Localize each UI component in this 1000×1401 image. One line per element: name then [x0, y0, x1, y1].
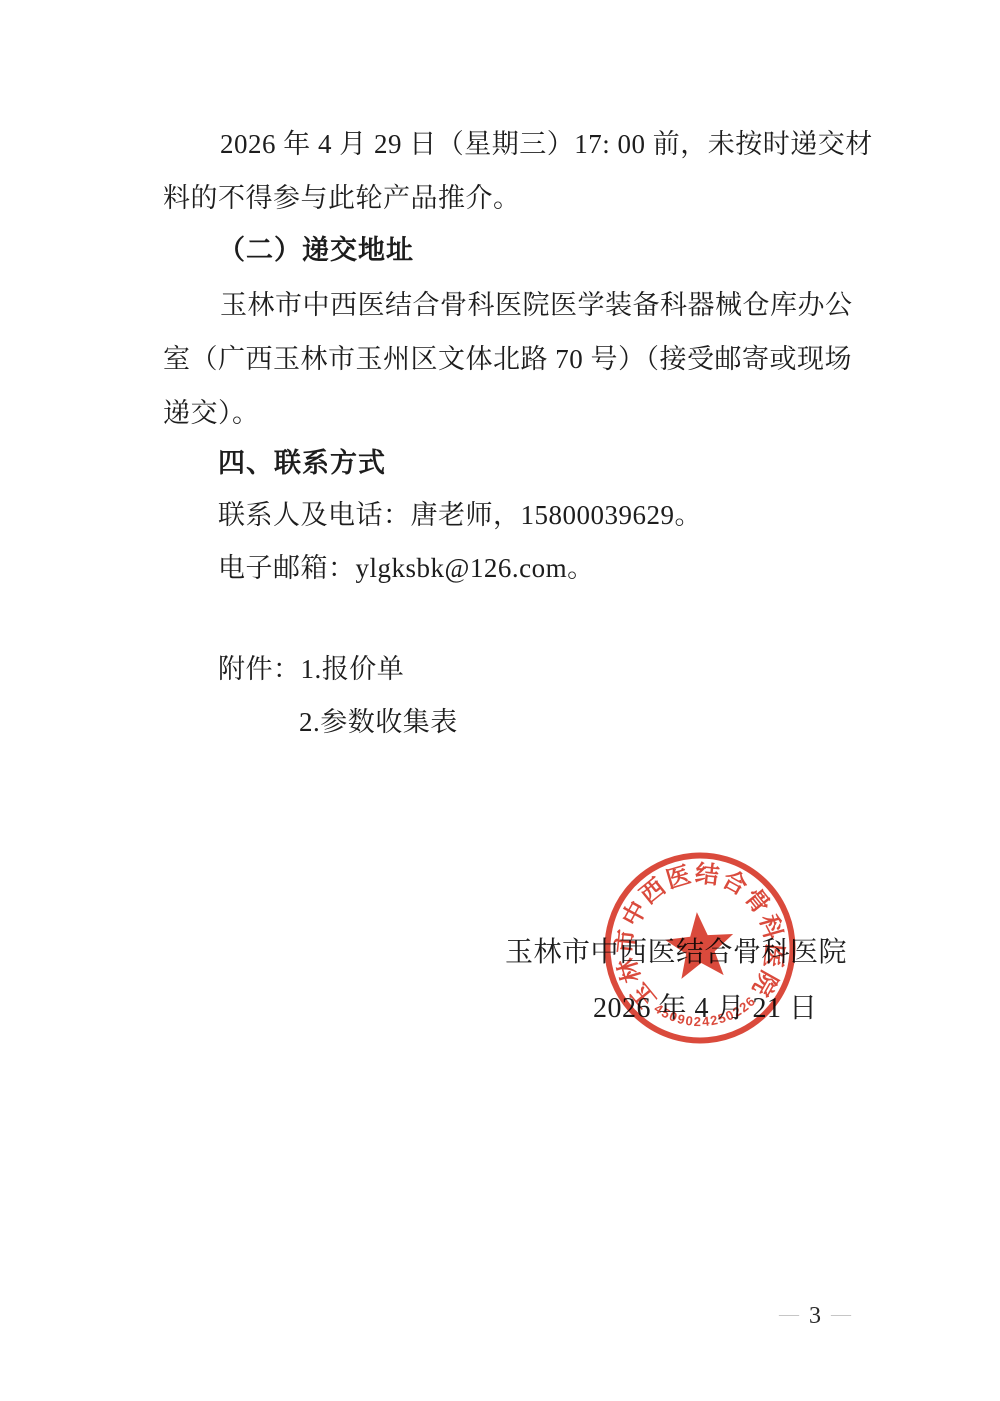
paragraph-deadline-line-2: 料的不得参与此轮产品推介。 [163, 181, 521, 215]
document-page: 2026 年 4 月 29 日（星期三）17: 00 前，未按时递交材 料的不得… [0, 0, 1000, 1401]
attachment-item-1: 1.报价单 [301, 654, 405, 684]
page-number: 3 [809, 1303, 821, 1329]
paragraph-deadline-line-1: 2026 年 4 月 29 日（星期三）17: 00 前，未按时递交材 [220, 127, 873, 161]
official-seal: 玉林市中西医结合骨科医院 4509024250226 [575, 823, 824, 1072]
paragraph-address-line-2: 室（广西玉林市玉州区文体北路 70 号）（接受邮寄或现场 [163, 342, 852, 376]
seal-star-icon [663, 909, 737, 980]
page-number-dash-right: — [831, 1303, 851, 1325]
contact-phone-line: 联系人及电话：唐老师，15800039629。 [218, 498, 702, 532]
attachment-item-2: 2.参数收集表 [299, 705, 458, 739]
page-number-footer: —3— [745, 1303, 885, 1330]
attachments-line-1: 附件：1.报价单 [218, 652, 404, 686]
heading-submission-address: （二）递交地址 [218, 233, 414, 267]
attachments-label: 附件： [218, 654, 301, 684]
paragraph-address-line-3: 递交）。 [163, 396, 260, 430]
heading-contact-info: 四、联系方式 [218, 446, 386, 480]
contact-email-line: 电子邮箱：ylgksbk@126.com。 [218, 551, 595, 585]
paragraph-address-line-1: 玉林市中西医结合骨科医院医学装备科器械仓库办公 [220, 288, 853, 322]
page-number-dash-left: — [779, 1303, 799, 1325]
